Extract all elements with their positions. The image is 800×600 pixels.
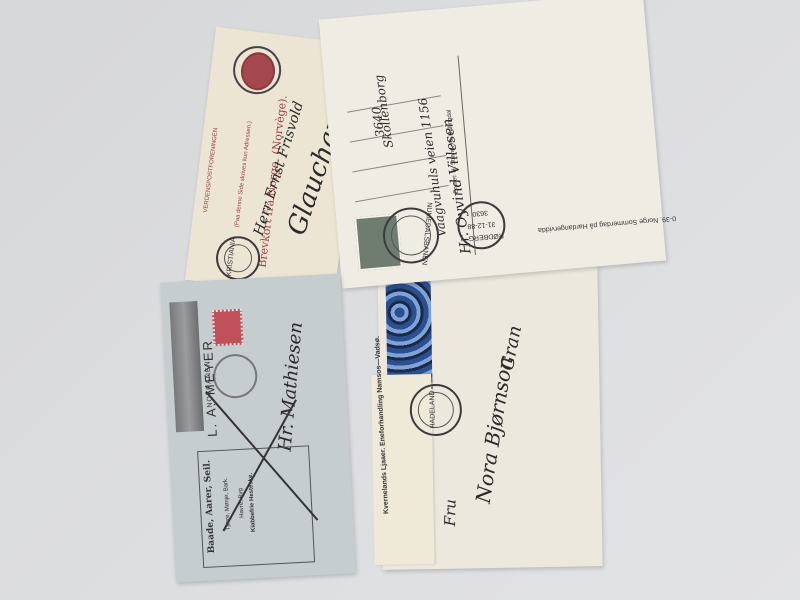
envelope-line-1: Fru [441,499,459,527]
picture-postcard-back: Hr. Oyvind Villesen Vaagvuhuls veien 115… [319,0,666,289]
brevkort-stamp-cancel [230,43,283,96]
red-stamp [212,309,244,347]
meyer-commercial-card: L. A. MEYER NOTRANEN Hr. Mathiesen Baade… [160,273,355,582]
engraved-illustration [169,301,204,432]
envelope-line-2: Nora Bjørnson [471,355,518,505]
meyer-handwriting: Hr. Mathiesen [275,321,307,452]
envelope: HADELAND Fru Nora Bjørnson Gran [377,266,602,570]
envelope-line-3: Gran [497,324,526,372]
envelope-postmark: HADELAND [409,383,462,436]
brevkort-postmark: KRISTIANIA [214,234,263,283]
meyer-postmark [212,353,258,399]
meyer-advertisement-box: Baade, Aarer, Seil. Tjære, Mønje, Bark. … [197,445,315,568]
postcard-caption: 0-39. Norge Sommerdag på Hardangervidda [538,214,677,233]
